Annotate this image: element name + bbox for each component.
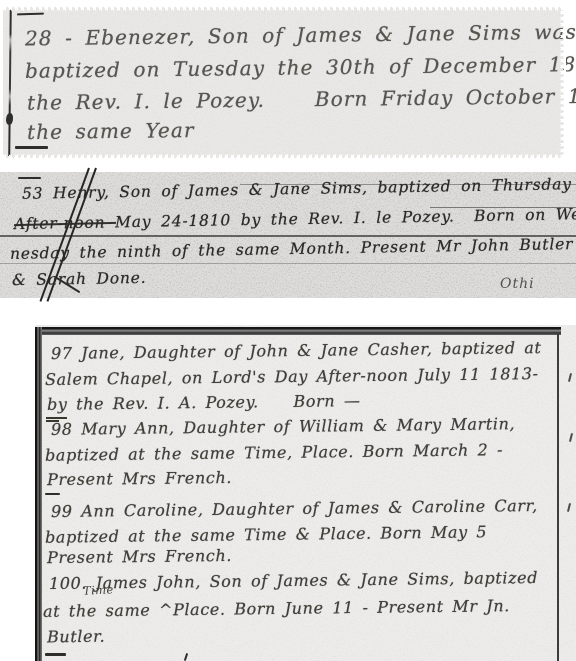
page-frame-top-border [35, 327, 561, 335]
register-snippet-entry-28: 28 - Ebenezer, Son of James & Jane Sims … [3, 5, 566, 160]
handwritten-line: baptized at the same Time & Place. Born … [45, 522, 487, 546]
handwritten-line: the same Year [27, 118, 195, 144]
handwritten-line: Present Mrs French. [47, 546, 232, 567]
cut-off-ink-text: Othi [500, 276, 535, 292]
handwritten-line: 28 - Ebenezer, Son of James & Jane Sims … [25, 20, 576, 51]
handwritten-line: by the Rev. I. A. Pozey. Born — [47, 391, 361, 414]
handwritten-line: 100. James John, Son of James & Jane Sim… [49, 568, 538, 593]
entry-separator-dash [18, 177, 41, 179]
handwritten-line: Salem Chapel, on Lord's Day After-noon J… [45, 364, 539, 389]
handwritten-line: the Rev. I. le Pozey. Born Friday Octobe… [27, 83, 576, 114]
ruled-line [0, 263, 576, 264]
handwritten-line: 97 Jane, Daughter of John & Jane Casher,… [51, 338, 542, 363]
handwritten-line: 98 Mary Ann, Daughter of William & Mary … [51, 414, 515, 439]
handwritten-line: 99 Ann Caroline, Daughter of James & Car… [51, 496, 538, 521]
pinked-edge-top [3, 5, 566, 11]
handwritten-line: 53 Henry, Son of James & Jane Sims, bapt… [22, 175, 572, 203]
pinked-edge-bottom [3, 154, 566, 160]
handwritten-line: Butler. [47, 627, 105, 647]
scanned-register-extracts: 28 - Ebenezer, Son of James & Jane Sims … [0, 0, 576, 661]
handwritten-line: baptized at the same Time, Place. Born M… [45, 440, 503, 465]
handwritten-line: baptized on Tuesday the 30th of December… [25, 51, 576, 83]
register-snippet-entries-97-100: 97 Jane, Daughter of John & Jane Casher,… [35, 325, 576, 661]
ink-blot-mark [6, 113, 13, 125]
register-snippet-entry-53: 53 Henry, Son of James & Jane Sims, bapt… [0, 172, 576, 298]
entry-separator-dash [45, 653, 66, 656]
entry-separator-dash [15, 146, 48, 149]
entry-separator-dash [45, 493, 60, 495]
partial-ink-stroke [184, 653, 188, 661]
handwritten-line: After-noon May 24-1810 by the Rev. I. le… [14, 205, 576, 233]
handwritten-line: at the same ^Place. Born June 11 - Prese… [43, 596, 510, 621]
page-frame-left-border [35, 327, 42, 661]
handwritten-line: Present Mrs French. [47, 468, 232, 489]
margin-ink-mark [568, 373, 572, 382]
caret-insertion-word: Time [83, 582, 114, 598]
handwritten-line: & Sarah Done. [12, 269, 147, 289]
column-rule-right [557, 334, 559, 661]
handwritten-line: nesday the ninth of the same Month. Pres… [10, 235, 574, 263]
binding-crease-line [8, 7, 12, 156]
entry-separator-dash [17, 13, 44, 16]
margin-ink-mark [567, 503, 571, 512]
margin-ink-mark [569, 433, 573, 442]
